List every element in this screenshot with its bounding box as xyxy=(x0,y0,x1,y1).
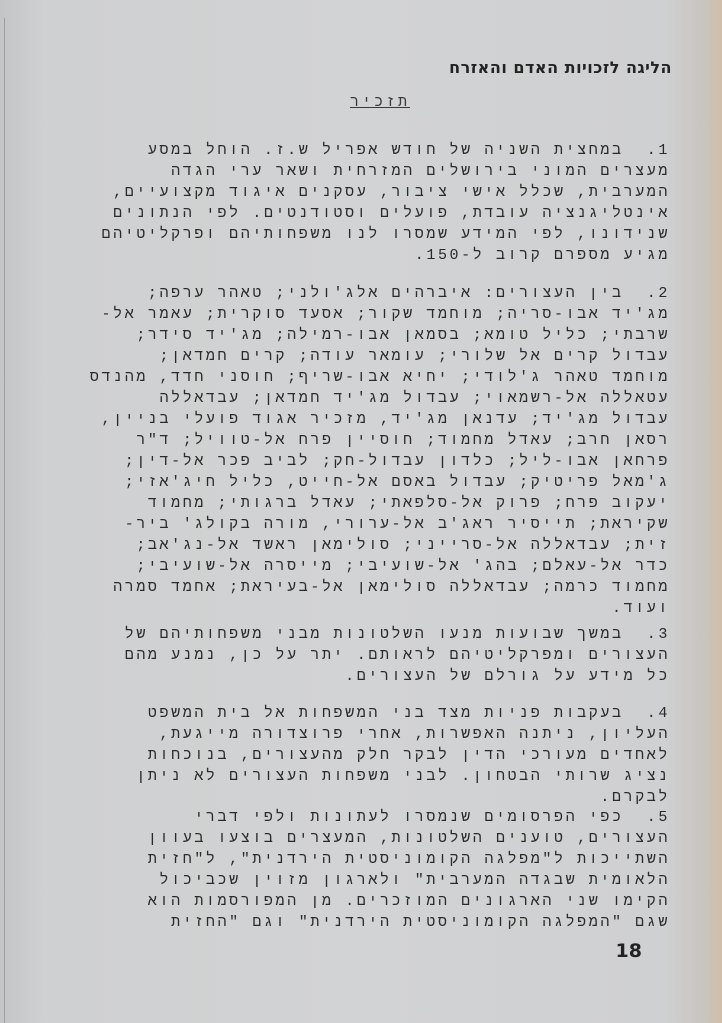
paragraph-line: מחמוד כרמה; עבדאללה סולימאן אל-בעיראת; א… xyxy=(30,577,670,598)
document-page: הליגה לזכויות האדם והאזרח תזכיר 1. במחצי… xyxy=(0,0,722,1023)
page-number: 18 xyxy=(616,940,642,962)
paragraph-line: מגיע מספרם קרוב ל-150. xyxy=(30,245,670,266)
paragraph-line: שקיראת; תייסיר ראג'ב אל-ערורי, מורה בקול… xyxy=(30,514,670,535)
organization-header: הליגה לזכויות האדם והאזרח xyxy=(449,58,672,77)
paragraph-line: מעצרים המוני בירושלים המזרחית ושאר ערי ה… xyxy=(30,161,670,182)
paragraph-line: לבקרם. xyxy=(30,787,670,808)
paragraph-line: המערבית, שכלל אישי ציבור, עסקנים איגוד מ… xyxy=(30,182,670,203)
paragraph-4: 4. בעקבות פניות מצד בני המשפחות אל בית ה… xyxy=(30,703,670,808)
paragraph-line: כל מידע על גורלם של העצורים. xyxy=(30,666,670,687)
paragraph-line: זית; עבדאללה אל-סרייני; סולימאן ראשד אל-… xyxy=(30,535,670,556)
paragraph-line: מוחמד טאהר ג'לודי; יחיא אבו-שריף; חוסני … xyxy=(30,367,670,388)
paragraph-line: עבדול קרים אל שלורי; עומאר עודה; קרים חמ… xyxy=(30,346,670,367)
paragraph-line: רסאן חרב; עאדל מחמוד; חוסיין פרח אל-טווי… xyxy=(30,430,670,451)
paragraph-line: פרחאן אבו-ליל; כלדון עבדול-חק; לביב פכר … xyxy=(30,451,670,472)
paragraph-line: ועוד. xyxy=(30,598,670,619)
page-left-edge xyxy=(4,18,5,1023)
paragraph-line: כדר אל-עאלם; בהג' אל-שועיבי; מייסרה אל-ש… xyxy=(30,556,670,577)
paragraph-line: 4. בעקבות פניות מצד בני המשפחות אל בית ה… xyxy=(30,703,670,724)
paragraph-line: הלאומית שבגדה המערבית" ולארגון מזוין שכב… xyxy=(30,870,670,891)
paragraph-line: העליון, ניתנה האפשרות, אחרי פרוצדורה מיי… xyxy=(30,724,670,745)
paragraph-line: עבדול מג'יד; עדנאן מג'יד, מזכיר אגוד פוע… xyxy=(30,409,670,430)
paragraph-1: 1. במחצית השניה של חודש אפריל ש.ז. הוחל … xyxy=(30,140,670,266)
paragraph-line: יעקוב פרח; פרוק אל-סלפאתי; עאדל ברגותי; … xyxy=(30,493,670,514)
paragraph-line: 5. כפי הפרסומים שנמסרו לעתונות ולפי דברי xyxy=(30,807,670,828)
paragraph-line: 2. בין העצורים: איברהים אלג'ולני; טאהר ע… xyxy=(30,283,670,304)
memo-title: תזכיר xyxy=(328,94,432,111)
paragraph-line: נציג שרותי הבטחון. לבני משפחות העצורים ל… xyxy=(30,766,670,787)
paragraph-line: הקימו שני הארגונים המוזכרים. מן המפורסמו… xyxy=(30,891,670,912)
paragraph-line: העצורים ומפרקליטיהם לראותם. יתר על כן, נ… xyxy=(30,645,670,666)
paragraph-line: עטאללה אל-רשמאוי; עבדול מג'יד חמדאן; עבד… xyxy=(30,388,670,409)
paragraph-line: שגם "המפלגה הקומוניסטית הירדנית" וגם "הח… xyxy=(30,912,670,933)
paragraph-line: אינטליגנציה עובדת, פועלים וסטודנטים. לפי… xyxy=(30,203,670,224)
paragraph-line: השתייכות ל"מפלגה הקומוניסטית הירדנית", ל… xyxy=(30,849,670,870)
paragraph-line: 3. במשך שבועות מנעו השלטונות מבני משפחות… xyxy=(30,624,670,645)
paragraph-3: 3. במשך שבועות מנעו השלטונות מבני משפחות… xyxy=(30,624,670,687)
paragraph-2: 2. בין העצורים: איברהים אלג'ולני; טאהר ע… xyxy=(30,283,670,619)
paragraph-line: שרבתי; כליל טומא; בסמאן אבו-רמילה; מג'יד… xyxy=(30,325,670,346)
page-right-shadow xyxy=(708,0,722,1023)
paragraph-line: ג'מאל פריטיק; עבדול באסם אל-חייט, כליל ח… xyxy=(30,472,670,493)
paragraph-line: 1. במחצית השניה של חודש אפריל ש.ז. הוחל … xyxy=(30,140,670,161)
paragraph-line: מג'יד אבו-סריה; מוחמד שקור; אסעד סוקרית;… xyxy=(30,304,670,325)
paragraph-line: העצורים, טוענים השלטונות, המעצרים בוצעו … xyxy=(30,828,670,849)
paragraph-5: 5. כפי הפרסומים שנמסרו לעתונות ולפי דברי… xyxy=(30,807,670,933)
paragraph-line: שנידונו, לפי המידע שמסרו לנו משפחותיהם ו… xyxy=(30,224,670,245)
paragraph-line: לאחדים מעורכי הדין לבקר חלק מהעצורים, בנ… xyxy=(30,745,670,766)
